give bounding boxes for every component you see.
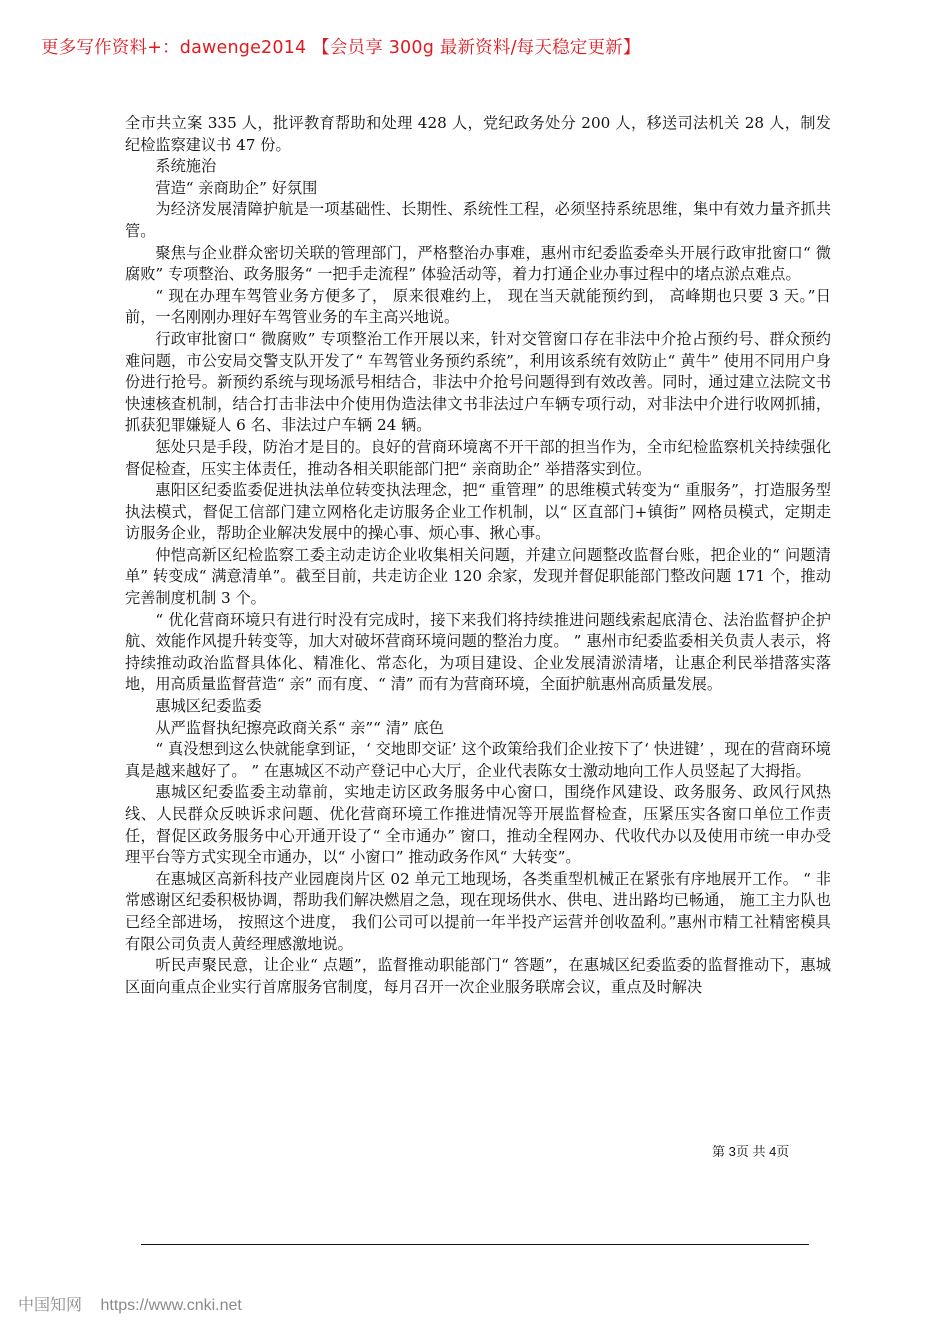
promo-banner: 更多写作资料+：dawenge2014 【会员享 300g 最新资料/每天稳定更… — [41, 34, 641, 59]
page-number: 第 3页 共 4页 — [712, 1141, 789, 1160]
paragraph: “ 真没想到这么快就能拿到证，‘ 交地即交证’ 这个政策给我们企业按下了‘ 快进… — [125, 739, 831, 782]
cnki-url: https://www.cnki.net — [100, 1297, 241, 1314]
paragraph: “ 现在办理车驾管业务方便多了， 原来很难约上， 现在当天就能预约到， 高峰期也… — [125, 286, 831, 329]
paragraph: 在惠城区高新科技产业园鹿岗片区 02 单元工地现场，各类重型机械正在紧张有序地展… — [125, 869, 831, 955]
section-subheading: 从严监督执纪擦亮政商关系“ 亲”“ 清” 底色 — [125, 718, 831, 740]
footer-watermark: 中国知网 https://www.cnki.net — [18, 1292, 242, 1315]
section-subheading: 营造“ 亲商助企” 好氛围 — [125, 178, 831, 200]
paragraph: 为经济发展清障护航是一项基础性、长期性、系统性工程，必须坚持系统思维，集中有效力… — [125, 199, 831, 242]
paragraph: “ 优化营商环境只有进行时没有完成时，接下来我们将持续推进问题线索起底清仓、法治… — [125, 610, 831, 696]
paragraph: 听民声聚民意，让企业“ 点题”，监督推动职能部门“ 答题”，在惠城区纪委监委的监… — [125, 955, 831, 998]
paragraph: 行政审批窗口“ 微腐败” 专项整治工作开展以来，针对交管窗口存在非法中介抢占预约… — [125, 329, 831, 437]
footer-divider — [141, 1244, 809, 1245]
section-heading: 惠城区纪委监委 — [125, 696, 831, 718]
section-heading: 系统施治 — [125, 156, 831, 178]
paragraph: 惩处只是手段，防治才是目的。良好的营商环境离不开干部的担当作为，全市纪检监察机关… — [125, 437, 831, 480]
paragraph: 仲恺高新区纪检监察工委主动走访企业收集相关问题，并建立问题整改监督台账，把企业的… — [125, 545, 831, 610]
document-body: 全市共立案 335 人，批评教育帮助和处理 428 人，党纪政务处分 200 人… — [125, 113, 831, 998]
paragraph: 全市共立案 335 人，批评教育帮助和处理 428 人，党纪政务处分 200 人… — [125, 113, 831, 156]
cnki-logo-text: 中国知网 — [18, 1297, 82, 1314]
paragraph: 惠城区纪委监委主动靠前，实地走访区政务服务中心窗口，围绕作风建设、政务服务、政风… — [125, 782, 831, 868]
paragraph: 惠阳区纪委监委促进执法单位转变执法理念，把“ 重管理” 的思维模式转变为“ 重服… — [125, 480, 831, 545]
paragraph: 聚焦与企业群众密切关联的管理部门，严格整治办事难，惠州市纪委监委牵头开展行政审批… — [125, 243, 831, 286]
